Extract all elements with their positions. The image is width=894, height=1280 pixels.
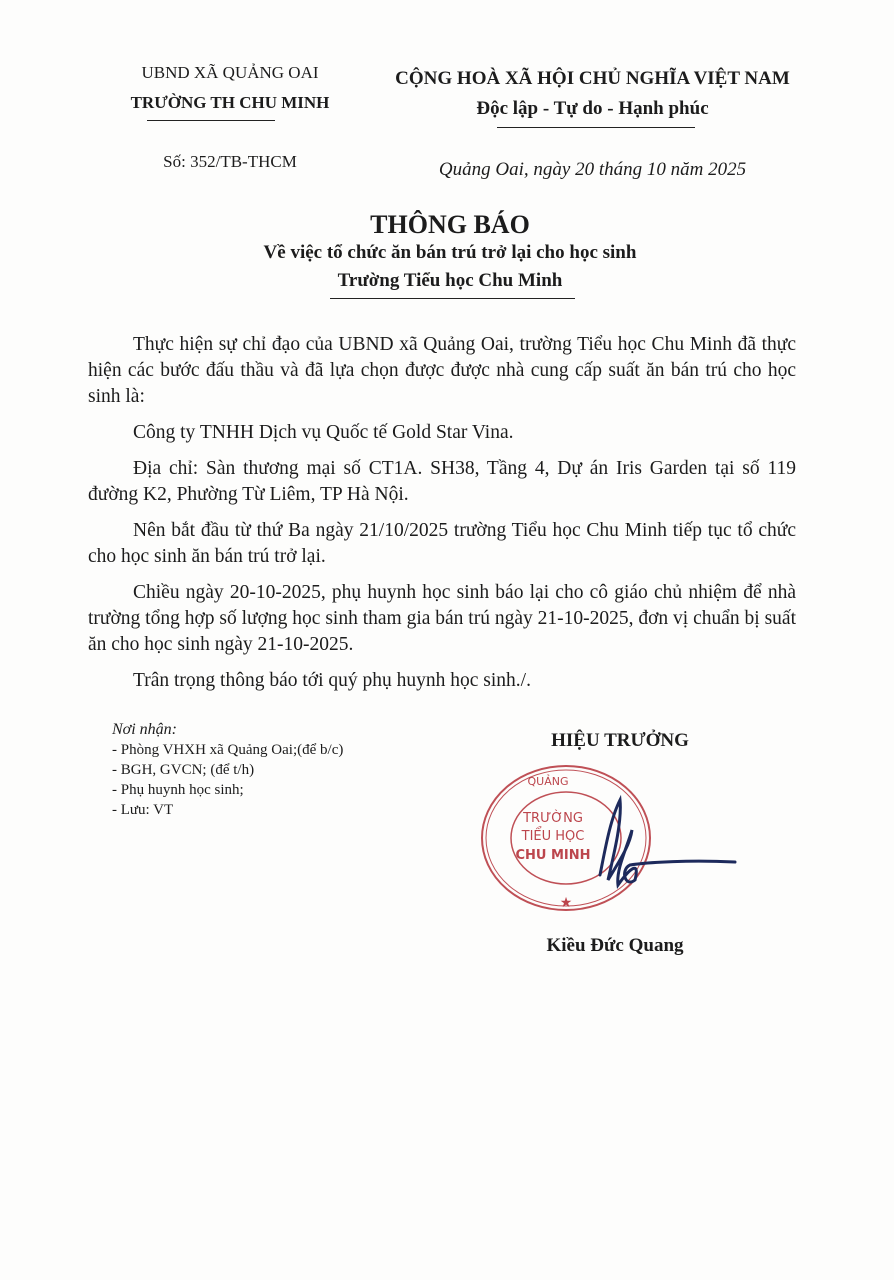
recipient-item: - BGH, GVCN; (để t/h) (112, 760, 412, 780)
document-subject-school: Trường Tiểu học Chu Minh (150, 270, 750, 292)
paragraph: Nên bắt đầu từ thứ Ba ngày 21/10/2025 tr… (88, 518, 796, 570)
signature-icon (560, 790, 740, 900)
school-name: TRƯỜNG TH CHU MINH (100, 93, 360, 113)
national-title: CỘNG HOÀ XÃ HỘI CHỦ NGHĨA VIỆT NAM (365, 68, 820, 90)
paragraph: Địa chỉ: Sàn thương mại số CT1A. SH38, T… (88, 456, 796, 508)
divider (330, 298, 575, 299)
paragraph: Trân trọng thông báo tới quý phụ huynh h… (88, 668, 796, 694)
recipients-title: Nơi nhận: (112, 720, 412, 740)
signer-position: HIỆU TRƯỞNG (495, 730, 745, 752)
signer-name: Kiều Đức Quang (480, 935, 750, 957)
paragraph: Công ty TNHH Dịch vụ Quốc tế Gold Star V… (88, 420, 796, 446)
document-subject: Về việc tổ chức ăn bán trú trở lại cho h… (150, 242, 750, 264)
document-number: Số: 352/TB-THCM (100, 152, 360, 172)
divider (497, 127, 695, 128)
paragraph: Thực hiện sự chỉ đạo của UBND xã Quảng O… (88, 332, 796, 410)
recipient-item: - Phòng VHXH xã Quảng Oai;(để b/c) (112, 740, 412, 760)
recipient-item: - Lưu: VT (112, 800, 412, 820)
issuing-authority: UBND XÃ QUẢNG OAI (100, 63, 360, 83)
place-date: Quảng Oai, ngày 20 tháng 10 năm 2025 (365, 159, 820, 181)
paragraph: Chiều ngày 20-10-2025, phụ huynh học sin… (88, 580, 796, 658)
svg-text:QUẢNG: QUẢNG (528, 774, 569, 788)
national-motto: Độc lập - Tự do - Hạnh phúc (365, 98, 820, 120)
recipients: Nơi nhận: - Phòng VHXH xã Quảng Oai;(để … (112, 720, 412, 820)
divider (147, 120, 275, 121)
document-title: THÔNG BÁO (150, 210, 750, 240)
recipient-item: - Phụ huynh học sinh; (112, 780, 412, 800)
document-body: Thực hiện sự chỉ đạo của UBND xã Quảng O… (88, 332, 796, 704)
